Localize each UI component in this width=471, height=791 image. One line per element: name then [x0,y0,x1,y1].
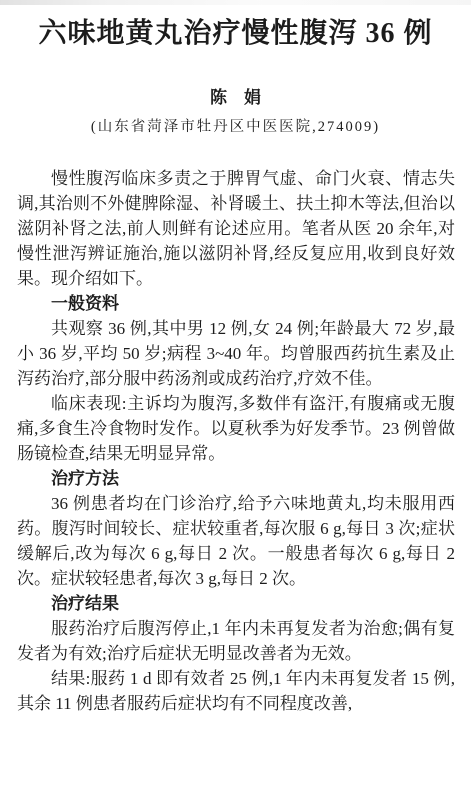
treatment-result-paragraph-2: 结果:服药 1 d 即有效者 25 例,1 年内未再复发者 15 例,其余 11… [17,666,455,716]
section-heading-general-info: 一般资料 [17,291,455,316]
scan-artifact-top [0,0,471,5]
author-name: 陈 娟 [0,88,471,108]
general-info-paragraph-1: 共观察 36 例,其中男 12 例,女 24 例;年龄最大 72 岁,最小 36… [17,316,455,391]
intro-paragraph: 慢性腹泻临床多责之于脾胃气虚、命门火衰、情志失调,其治则不外健脾除湿、补肾暖土、… [17,166,455,291]
treatment-method-paragraph: 36 例患者均在门诊治疗,给予六味地黄丸,均未服用西药。腹泻时间较长、症状较重者… [17,491,455,591]
treatment-result-paragraph-1: 服药治疗后腹泻停止,1 年内未再复发者为治愈;偶有复发者为有效;治疗后症状无明显… [17,616,455,666]
article-body: 慢性腹泻临床多责之于脾胃气虚、命门火衰、情志失调,其治则不外健脾除湿、补肾暖土、… [0,166,471,716]
journal-article-page: 六味地黄丸治疗慢性腹泻 36 例 陈 娟 (山东省菏泽市牡丹区中医医院,2740… [0,0,471,791]
general-info-paragraph-2: 临床表现:主诉均为腹泻,多数伴有盗汗,有腹痛或无腹痛,多食生冷食物时发作。以夏秋… [17,391,455,466]
author-affiliation: (山东省菏泽市牡丹区中医医院,274009) [0,117,471,137]
page-title: 六味地黄丸治疗慢性腹泻 36 例 [10,16,461,52]
section-heading-treatment-result: 治疗结果 [17,591,455,616]
section-heading-treatment-method: 治疗方法 [17,466,455,491]
